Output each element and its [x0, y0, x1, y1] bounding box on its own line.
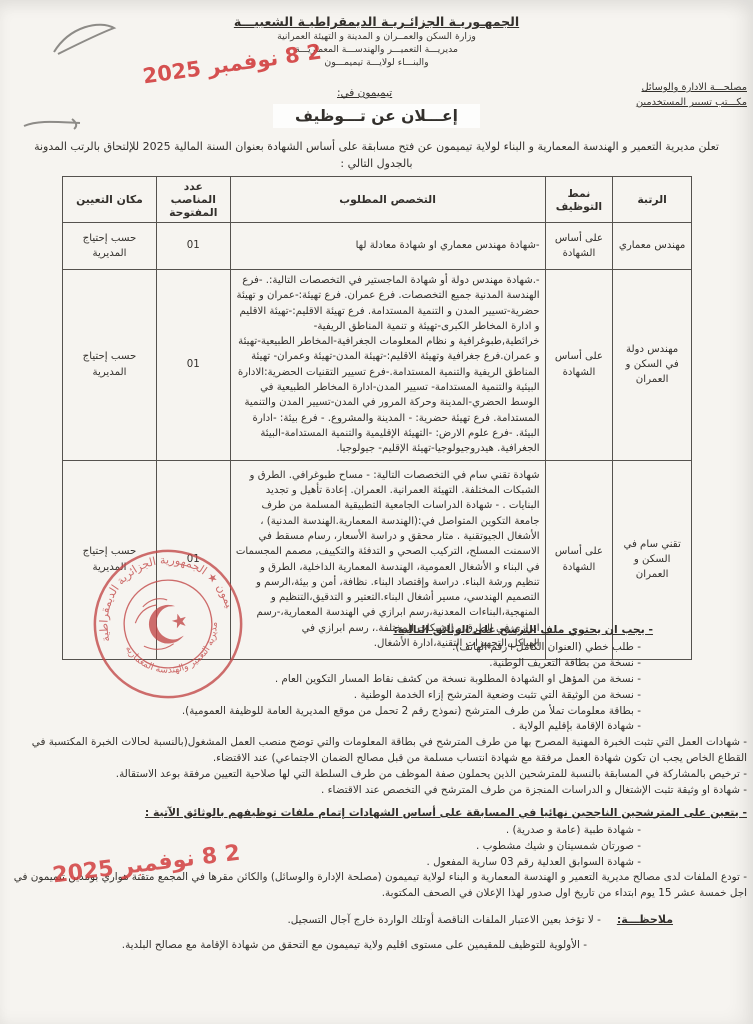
directorate-line-1: مديريـــة التعميـــر والهندســـة المعمار… [0, 44, 753, 55]
table-row: مهندس دولة في السكن و العمران على أساس ا… [63, 270, 692, 461]
location-cell: حسب إحتياج المديرية [63, 270, 157, 461]
col-header-count: عدد المناصب المفتوحة [156, 177, 230, 223]
list-item: - ترخيص بالمشاركة في المسابقة بالنسبة لل… [4, 767, 747, 783]
ministry-line: وزارة السكن والعمــران و المدينة و التهي… [0, 31, 753, 42]
list-item: - نسخة من بطاقة التعريف الوطنية. [4, 656, 641, 672]
final-section-heading: - يتعين على المترشحين الناجحين نهائيا في… [0, 805, 747, 821]
list-item: - طلب خطي (العنوان الكامل+رقم الهاتف). [4, 640, 641, 656]
list-item: - شهادات العمل التي تثبت الخبرة المهنية … [4, 735, 747, 767]
table-row: مهندس معماري على أساس الشهادة -شهادة مهن… [63, 223, 692, 270]
col-header-mode: نمط التوظيف [545, 177, 613, 223]
specialty-cell: -.شهادة مهندس دولة أو شهادة الماجستير في… [230, 270, 545, 461]
mode-cell: على أساس الشهادة [545, 223, 613, 270]
service-line: مصلحـــة الادارة والوسائل [636, 80, 747, 95]
announcement-title: إعـــلان عن تـــوظيف [0, 104, 753, 128]
note-label: ملاحظـــة: [617, 912, 673, 929]
republic-title: الجمهـوريـة الجزائـريـة الديمقراطيـة الش… [0, 14, 753, 29]
location-cell: حسب إحتياج المديرية [63, 223, 157, 270]
table-header-row: الرتبة نمط التوظيف التخصص المطلوب عدد ال… [63, 177, 692, 223]
priority-note: - الأولوية للتوظيف للمقيمين على مستوى اق… [0, 938, 587, 954]
count-cell: 01 [156, 270, 230, 461]
list-item: - صورتان شمسيتان و شيك مشطوب . [4, 839, 641, 855]
scanned-document-page: الجمهـوريـة الجزائـريـة الديمقراطيـة الش… [0, 0, 753, 1024]
intro-paragraph: تعلن مديرية التعمير و الهندسة المعمارية … [30, 138, 723, 172]
docs-section-heading: - يجب ان يحتوي ملف الترشح على الوثائق ال… [0, 622, 653, 638]
list-item: - نسخة من المؤهل او الشهادة المطلوبة نسخ… [4, 672, 641, 688]
col-header-rank: الرتبة [613, 177, 692, 223]
col-header-location: مكان التعيين [63, 177, 157, 223]
note-text: - لا تؤخذ بعين الاعتبار الملفات الناقصة … [287, 913, 600, 929]
col-header-specialty: التخصص المطلوب [230, 177, 545, 223]
list-item: - شهادة الإقامة بإقليم الولاية . [4, 719, 641, 735]
directorate-line-2: والبنـــاء لولايـــة تيميمـــون [0, 57, 753, 68]
list-item: - شهادة طبية (عامة و صدرية) . [4, 823, 641, 839]
list-item: - بطاقة معلومات تملأ من طرف المترشح (نمو… [4, 704, 641, 720]
note-row: ملاحظـــة: - لا تؤخذ بعين الاعتبار الملف… [0, 912, 673, 929]
rank-cell: مهندس معماري [613, 223, 692, 270]
list-item: - شهادة او وثيقة تثبت الإشتغال و الدراسا… [4, 783, 747, 799]
requirements-sections: - يجب ان يحتوي ملف الترشح على الوثائق ال… [0, 622, 753, 954]
rank-cell: مهندس دولة في السكن و العمران [613, 270, 692, 461]
specialty-cell: -شهادة مهندس معماري او شهادة معادلة لها [230, 223, 545, 270]
document-header: الجمهـوريـة الجزائـريـة الديمقراطيـة الش… [0, 14, 753, 68]
list-item: - نسخة من الوثيقة التي تثبت وضعية المترش… [4, 688, 641, 704]
place-date-label: تيميمون في: [337, 87, 392, 99]
mode-cell: على أساس الشهادة [545, 270, 613, 461]
count-cell: 01 [156, 223, 230, 270]
